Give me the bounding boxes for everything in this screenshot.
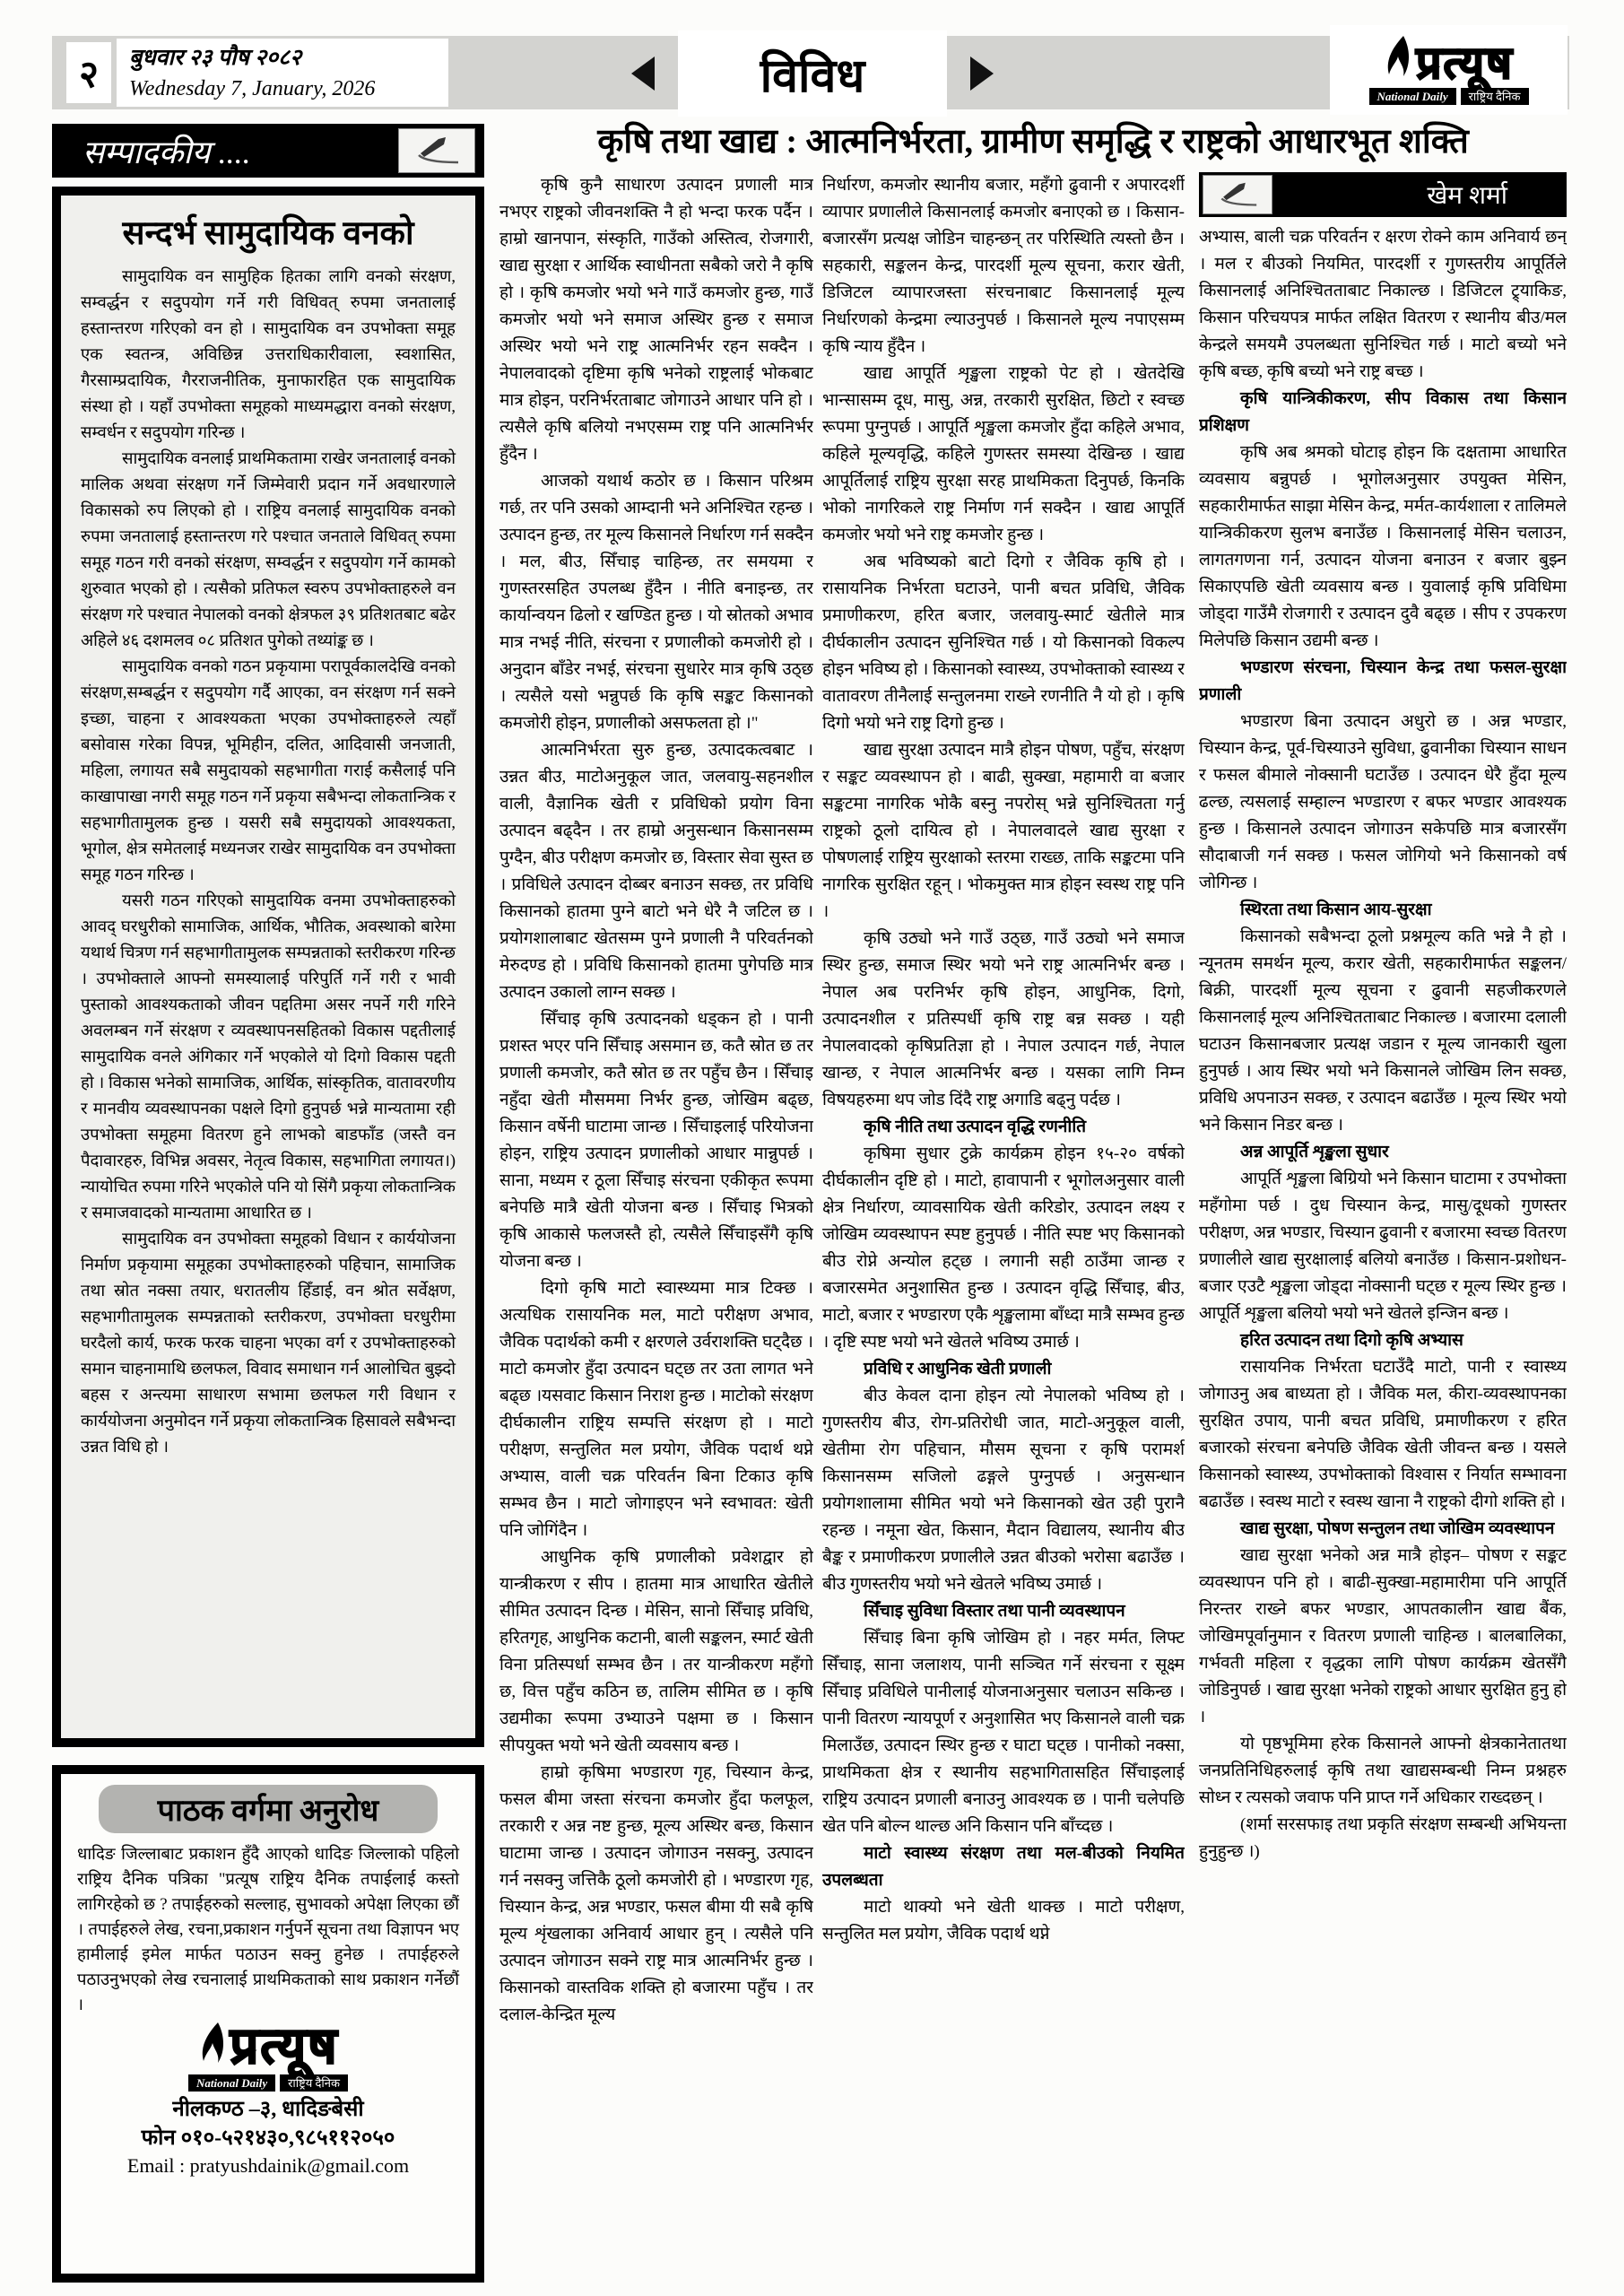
article-paragraph: आधुनिक कृषि प्रणालीको प्रवेशद्वार हो यान… (499, 1544, 813, 1760)
masthead-logo-area: प्रत्यूष National Daily राष्ट्रिय दैनिक (1330, 25, 1568, 115)
editorial-paragraph: सामुदायिक वन उपभोक्ता समूहको विधान र कार… (81, 1227, 456, 1461)
article-subhead: सिँचाइ सुविधा विस्तार तथा पानी व्यवस्थाप… (822, 1598, 1185, 1625)
logo-name: प्रत्यूष (230, 2022, 339, 2072)
publisher-phone: फोन ०१०-५२१४३०,९८५११२०५० (77, 2124, 459, 2152)
logo-chip-rastriya-dainik: राष्ट्रिय दैनिक (1461, 88, 1529, 105)
editorial-box: सन्दर्भ सामुदायिक वनको सामुदायिक वन सामु… (52, 187, 484, 1747)
pen-icon (398, 128, 475, 173)
article-subhead: स्थिरता तथा किसान आय-सुरक्षा (1199, 897, 1567, 924)
editorial-bar-label: सम्पादकीय .... (83, 129, 398, 173)
editorial-paragraph: सामुदायिक वनको गठन प्रकृयामा परापूर्वकाल… (81, 655, 456, 889)
date-box: बुधवार २३ पौष २०८२ Wednesday 7, January,… (117, 39, 448, 107)
editorial-paragraph: यसरी गठन गरिएको सामुदायिक वनमा उपभोक्ताह… (81, 889, 456, 1227)
article-paragraph: आपूर्ति शृङ्खला बिग्रियो भने किसान घाटाम… (1199, 1166, 1567, 1327)
author-name: खेम शर्मा (1272, 178, 1543, 212)
date-nepali: बुधवार २३ पौष २०८२ (129, 42, 436, 74)
logo-chip-rastriya-dainik: राष्ट्रिय दैनिक (280, 2074, 348, 2092)
pen-icon (1203, 175, 1272, 214)
article-subhead: भण्डारण संरचना, चिस्यान केन्द्र तथा फसल-… (1199, 655, 1567, 709)
newspaper-page: २ बुधवार २३ पौष २०८२ Wednesday 7, Januar… (0, 0, 1624, 2296)
article-column-1: कृषि कुनै साधारण उत्पादन प्रणाली मात्र न… (499, 172, 813, 2284)
byline-bar: खेम शर्मा (1199, 172, 1567, 217)
article-paragraph: यो पृष्ठभूमिमा हरेक किसानले आफ्नो क्षेत्… (1199, 1731, 1567, 1812)
masthead-logo: प्रत्यूष National Daily राष्ट्रिय दैनिक (1369, 35, 1529, 105)
section-nav-left-icon (631, 57, 655, 91)
article-subhead: हरित उत्पादन तथा दिगो कृषि अभ्यास (1199, 1327, 1567, 1354)
article-paragraph: कृषि अब श्रमको घोटाइ होइन कि दक्षतामा आध… (1199, 439, 1567, 655)
article-headline: कृषि तथा खाद्य : आत्मनिर्भरता, ग्रामीण स… (499, 117, 1567, 167)
section-title: विविध (678, 30, 947, 117)
article-paragraph: कृषिमा सुधार टुक्रे कार्यक्रम होइन १५-२०… (822, 1141, 1185, 1356)
editorial-section-bar: सम्पादकीय .... (52, 124, 484, 178)
publisher-email[interactable]: Email : pratyushdainik@gmail.com (77, 2152, 459, 2179)
article-paragraph: खाद्य सुरक्षा उत्पादन मात्रै होइन पोषण, … (822, 737, 1185, 926)
article-paragraph: माटो थाक्यो भने खेती थाक्छ । माटो परीक्ष… (822, 1894, 1185, 1948)
publisher-contact: प्रत्यूष National Daily राष्ट्रिय दैनिक … (77, 2022, 459, 2179)
date-english: Wednesday 7, January, 2026 (129, 74, 436, 103)
logo-name: प्रत्यूष (1416, 40, 1514, 85)
article-paragraph: अभ्यास, बाली चक्र परिवर्तन र क्षरण रोक्न… (1199, 224, 1567, 386)
article-subhead: खाद्य सुरक्षा, पोषण सन्तुलन तथा जोखिम व्… (1199, 1516, 1567, 1543)
article-paragraph: हाम्रो कृषिमा भण्डारण गृह, चिस्यान केन्द… (499, 1760, 813, 2029)
article-paragraph: आत्मनिर्भरता सुरु हुन्छ, उत्पादकत्वबाट ।… (499, 737, 813, 1006)
article-column-2: निर्धारण, कमजोर स्थानीय बजार, महँगो ढुवा… (822, 172, 1185, 2284)
article-paragraph: रासायनिक निर्भरता घटाउँदै माटो, पानी र स… (1199, 1354, 1567, 1516)
editorial-title: सन्दर्भ सामुदायिक वनको (81, 208, 456, 254)
article-subhead: कृषि नीति तथा उत्पादन वृद्धि रणनीति (822, 1114, 1185, 1141)
article-column-3-body: अभ्यास, बाली चक्र परिवर्तन र क्षरण रोक्न… (1199, 224, 1567, 1865)
editorial-paragraph: सामुदायिक वनलाई प्राथमिकतामा राखेर जनताल… (81, 447, 456, 655)
article-paragraph: (शर्मा सरसफाइ तथा प्रकृति संरक्षण सम्बन्… (1199, 1812, 1567, 1865)
editorial-paragraph: सामुदायिक वन सामुहिक हितका लागि वनको संर… (81, 265, 456, 447)
page-number: २ (66, 42, 111, 103)
article-paragraph: दिगो कृषि माटो स्वास्थ्यमा मात्र टिक्छ ।… (499, 1275, 813, 1544)
article-column-3: खेम शर्मा अभ्यास, बाली चक्र परिवर्तन र क… (1199, 172, 1567, 2284)
footer-logo: प्रत्यूष National Daily राष्ट्रिय दैनिक (77, 2022, 459, 2092)
article-subhead: प्रविधि र आधुनिक खेती प्रणाली (822, 1356, 1185, 1383)
article-paragraph: भण्डारण बिना उत्पादन अधुरो छ । अन्न भण्ड… (1199, 709, 1567, 897)
reader-request-body: धादिङ जिल्लाबाट प्रकाशन हुँदै आएको धादिङ… (77, 1842, 459, 2018)
article-paragraph: निर्धारण, कमजोर स्थानीय बजार, महँगो ढुवा… (822, 172, 1185, 361)
reader-request-title: पाठक वर्गमा अनुरोध (99, 1785, 438, 1833)
article-paragraph: सिँचाइ कृषि उत्पादनको धड्कन हो । पानी प्… (499, 1006, 813, 1275)
logo-chip-national-daily: National Daily (188, 2074, 275, 2092)
article-paragraph: खाद्य आपूर्ति शृङ्खला राष्ट्रको पेट हो ।… (822, 361, 1185, 549)
article-paragraph: बीउ केवल दाना होइन त्यो नेपालको भविष्य ह… (822, 1383, 1185, 1598)
article-paragraph: अब भविष्यको बाटो दिगो र जैविक कृषि हो । … (822, 549, 1185, 737)
article-paragraph: खाद्य सुरक्षा भनेको अन्न मात्रै होइन– पो… (1199, 1543, 1567, 1731)
editorial-body: सामुदायिक वन सामुहिक हितका लागि वनको संर… (81, 265, 456, 1461)
article-paragraph: कृषि कुनै साधारण उत्पादन प्रणाली मात्र न… (499, 172, 813, 468)
article-subhead: माटो स्वास्थ्य संरक्षण तथा मल-बीउको नियम… (822, 1840, 1185, 1894)
section-nav-right-icon (970, 57, 994, 91)
article-paragraph: सिँचाइ बिना कृषि जोखिम हो । नहर मर्मत, ल… (822, 1625, 1185, 1840)
reader-request-box: पाठक वर्गमा अनुरोध धादिङ जिल्लाबाट प्रका… (52, 1765, 484, 2283)
article-subhead: अन्न आपूर्ति शृङ्खला सुधार (1199, 1139, 1567, 1166)
header-strip: २ बुधवार २३ पौष २०८२ Wednesday 7, Januar… (52, 36, 1569, 109)
flame-quill-icon (1384, 35, 1414, 85)
article-subhead: कृषि यान्त्रिकीकरण, सीप विकास तथा किसान … (1199, 386, 1567, 439)
section-title-wrap: विविध (606, 30, 1019, 117)
flame-quill-icon (198, 2022, 229, 2072)
article-paragraph: आजको यथार्थ कठोर छ । किसान परिश्रम गर्छ,… (499, 468, 813, 737)
logo-chip-national-daily: National Daily (1369, 88, 1456, 105)
article-paragraph: कृषि उठ्यो भने गाउँ उठ्छ, गाउँ उठ्यो भने… (822, 926, 1185, 1114)
publisher-address: नीलकण्ठ –३, धादिङबेसी (77, 2095, 459, 2124)
article-paragraph: किसानको सबैभन्दा ठूलो प्रश्नमूल्य कति भन… (1199, 924, 1567, 1139)
